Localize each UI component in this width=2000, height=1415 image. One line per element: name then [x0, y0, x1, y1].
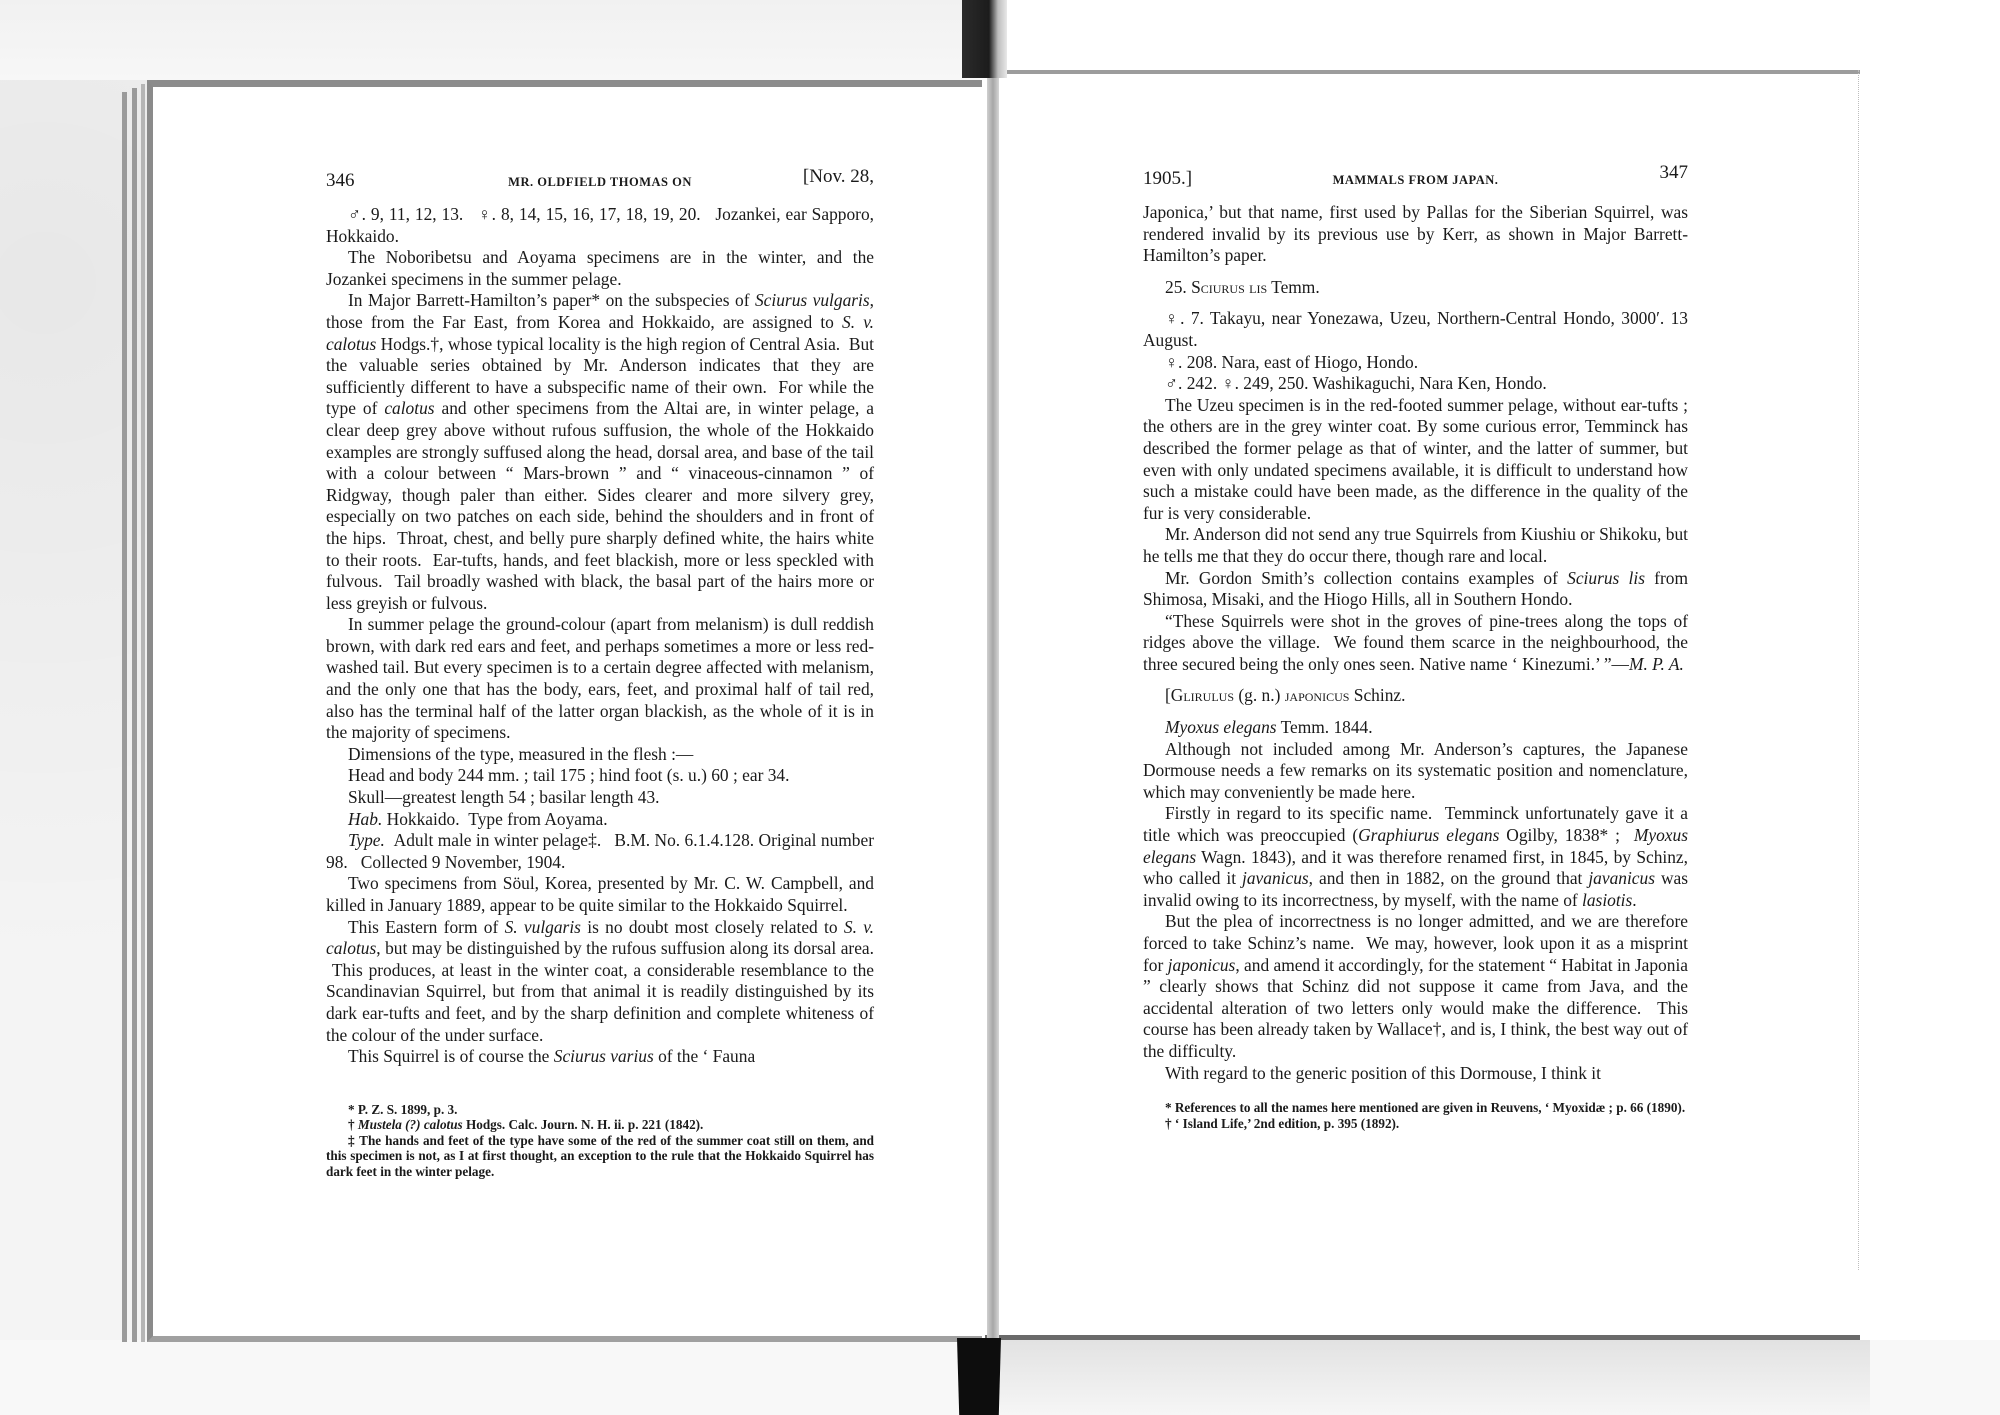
scan-background-top	[0, 0, 980, 80]
specimen-record: ♂. 242. ♀. 249, 250. Washikaguchi, Nara …	[1143, 373, 1688, 395]
running-date: [Nov. 28,	[803, 166, 874, 188]
page-edge-leaf	[141, 84, 145, 1342]
paragraph: Mr. Gordon Smith’s collection contains e…	[1143, 568, 1688, 611]
paragraph: Mr. Anderson did not send any true Squir…	[1143, 524, 1688, 567]
paragraph: This Eastern form of S. vulgaris is no d…	[326, 917, 874, 1047]
page-number: 347	[1660, 162, 1689, 184]
paragraph: Japonica,’ but that name, first used by …	[1143, 202, 1688, 267]
synonym-line: Myoxus elegans Temm. 1844.	[1143, 717, 1688, 739]
paragraph: Skull—greatest length 54 ; basilar lengt…	[326, 787, 874, 809]
bottom-shadow	[1000, 1340, 1870, 1415]
book-spine-bottom	[957, 1338, 1001, 1415]
footnote: ‡ The hands and feet of the type have so…	[326, 1133, 874, 1180]
paragraph: Dimensions of the type, measured in the …	[326, 744, 874, 766]
footnote: † ‘ Island Life,’ 2nd edition, p. 395 (1…	[1143, 1116, 1688, 1132]
paragraph: In summer pelage the ground-colour (apar…	[326, 614, 874, 744]
right-page-text: 1905.] MAMMALS FROM JAPAN. 347 Japonica,…	[1143, 166, 1688, 1131]
species-heading: 25. Sciurus lis Temm.	[1143, 277, 1688, 299]
paragraph: In Major Barrett-Hamilton’s paper* on th…	[326, 290, 874, 614]
species-heading: [Glirulus (g. n.) japonicus Schinz.	[1143, 685, 1688, 707]
left-page-text: 346 MR. OLDFIELD THOMAS ON [Nov. 28, ♂. …	[326, 168, 874, 1179]
running-title: MR. OLDFIELD THOMAS ON	[326, 172, 874, 194]
book-gutter	[987, 78, 999, 1338]
paragraph: But the plea of incorrectness is no long…	[1143, 911, 1688, 1062]
right-running-head: 1905.] MAMMALS FROM JAPAN. 347	[1143, 166, 1688, 202]
footnote: * References to all the names here menti…	[1143, 1100, 1688, 1116]
paragraph: “These Squirrels were shot in the groves…	[1143, 611, 1688, 676]
footnotes: * P. Z. S. 1899, p. 3. † Mustela (?) cal…	[326, 1102, 874, 1180]
left-running-head: 346 MR. OLDFIELD THOMAS ON [Nov. 28,	[326, 168, 874, 204]
paragraph: Two specimens from Söul, Korea, presente…	[326, 873, 874, 916]
page-edge-leaf	[122, 92, 127, 1342]
right-page-edge	[1858, 70, 1861, 1270]
footnote: * P. Z. S. 1899, p. 3.	[326, 1102, 874, 1118]
specimen-record: ♀. 208. Nara, east of Hiogo, Hondo.	[1143, 352, 1688, 374]
paragraph: Type. Adult male in winter pelage‡. B.M.…	[326, 830, 874, 873]
paragraph: The Noboribetsu and Aoyama specimens are…	[326, 247, 874, 290]
footnotes: * References to all the names here menti…	[1143, 1100, 1688, 1131]
paragraph: ♂. 9, 11, 12, 13. ♀. 8, 14, 15, 16, 17, …	[326, 204, 874, 247]
scan-background	[0, 0, 150, 1415]
specimen-record: ♀. 7. Takayu, near Yonezawa, Uzeu, North…	[1143, 308, 1688, 351]
running-title: MAMMALS FROM JAPAN.	[1143, 170, 1688, 192]
paragraph: Although not included among Mr. Anderson…	[1143, 739, 1688, 804]
paragraph: Head and body 244 mm. ; tail 175 ; hind …	[326, 765, 874, 787]
page-edge-leaf	[132, 88, 137, 1342]
paragraph: With regard to the generic position of t…	[1143, 1063, 1688, 1085]
book-spine-top	[962, 0, 1007, 78]
paragraph: This Squirrel is of course the Sciurus v…	[326, 1046, 874, 1068]
paragraph: Hab. Hokkaido. Type from Aoyama.	[326, 809, 874, 831]
paragraph: Firstly in regard to its specific name. …	[1143, 803, 1688, 911]
paragraph: The Uzeu specimen is in the red-footed s…	[1143, 395, 1688, 525]
footnote: † Mustela (?) calotus Hodgs. Calc. Journ…	[326, 1117, 874, 1133]
